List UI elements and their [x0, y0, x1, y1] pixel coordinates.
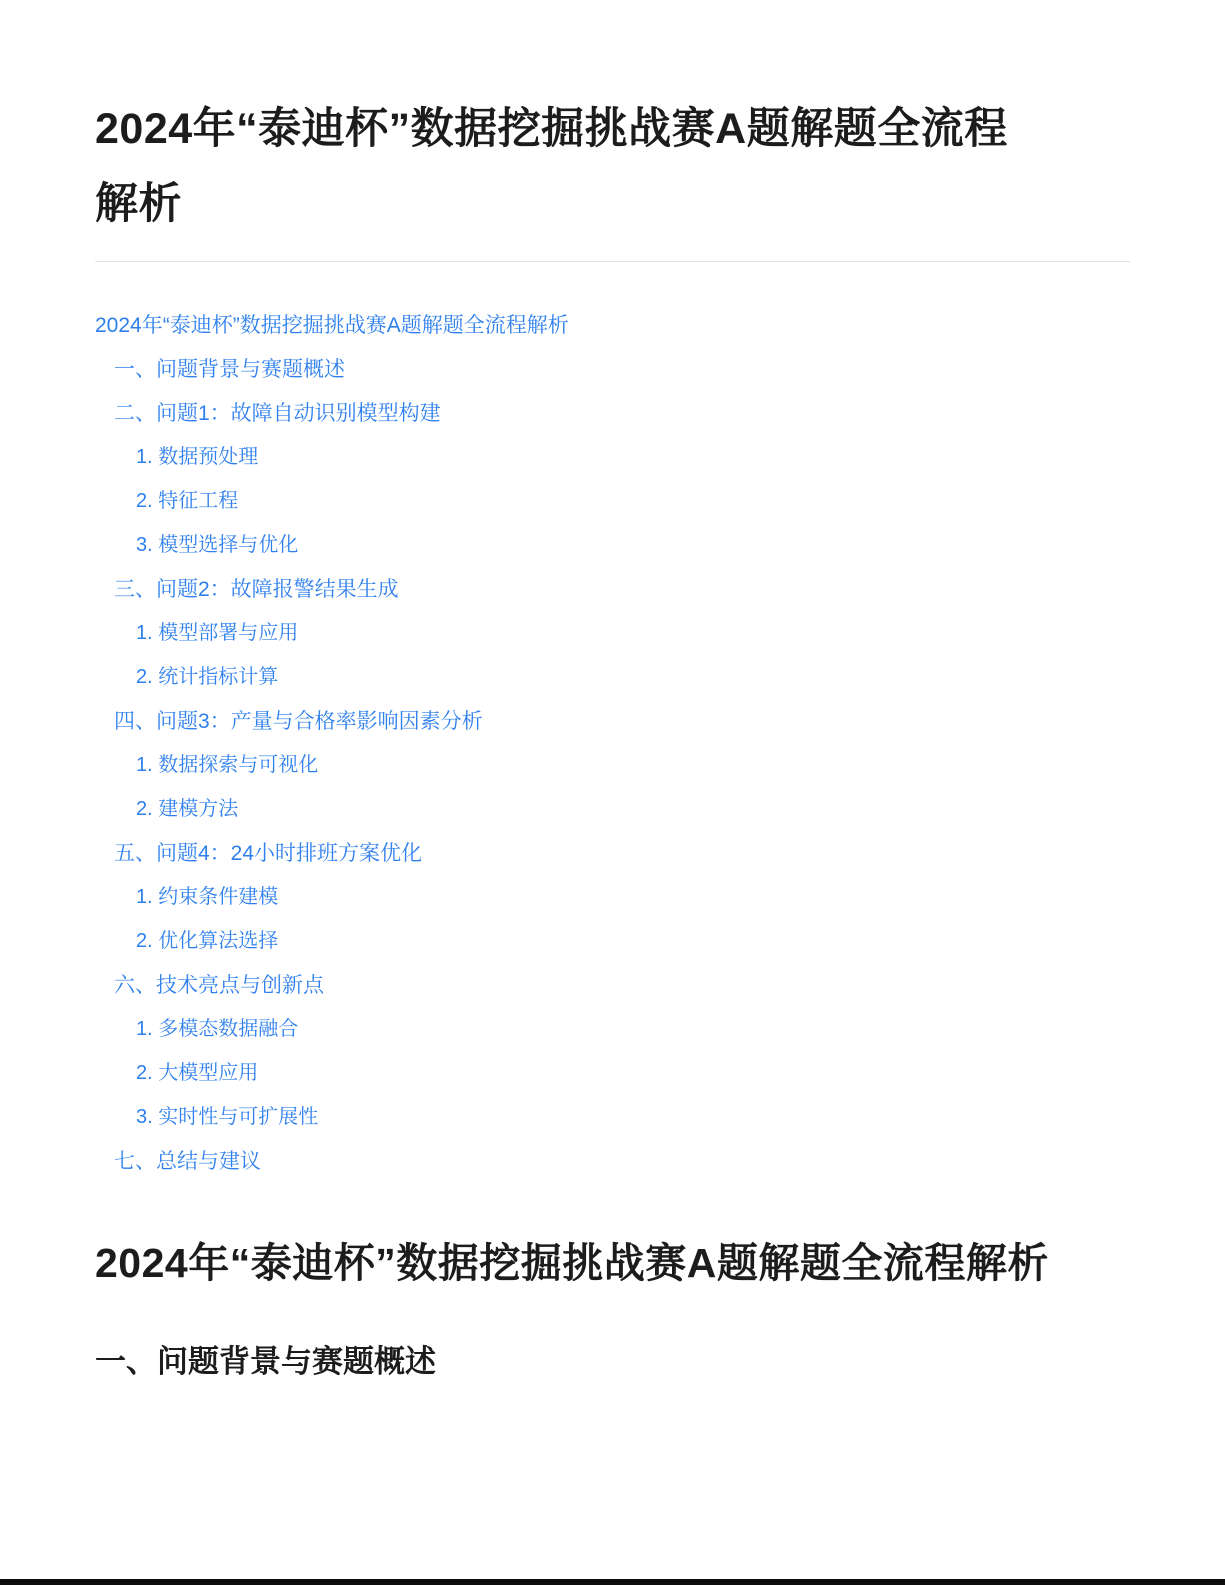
title-divider: [95, 261, 1130, 262]
toc-link[interactable]: 五、问题4：24小时排班方案优化: [95, 840, 1130, 867]
toc-link[interactable]: 2. 优化算法选择: [95, 928, 1130, 955]
article-title: 2024年“泰迪杯”数据挖掘挑战赛A题解题全流程解析: [95, 1237, 1130, 1290]
document-page: 2024年“泰迪杯”数据挖掘挑战赛A题解题全流程解析 2024年“泰迪杯”数据挖…: [0, 92, 1225, 1382]
toc-link[interactable]: 1. 约束条件建模: [95, 884, 1130, 911]
toc-link[interactable]: 1. 模型部署与应用: [95, 620, 1130, 647]
document-title-line1: 2024年“泰迪杯”数据挖掘挑战赛A题解题全流程: [95, 105, 1008, 153]
toc-link[interactable]: 一、问题背景与赛题概述: [95, 356, 1130, 383]
toc-link[interactable]: 2024年“泰迪杯”数据挖掘挑战赛A题解题全流程解析: [95, 312, 1130, 339]
toc-link[interactable]: 七、总结与建议: [95, 1148, 1130, 1175]
bottom-edge-bar: [0, 1579, 1225, 1585]
toc-link[interactable]: 3. 实时性与可扩展性: [95, 1104, 1130, 1131]
toc-link[interactable]: 三、问题2：故障报警结果生成: [95, 576, 1130, 603]
section-heading-background-overview: 一、问题背景与赛题概述: [95, 1342, 1130, 1382]
toc-link[interactable]: 3. 模型选择与优化: [95, 532, 1130, 559]
toc-link[interactable]: 1. 数据预处理: [95, 444, 1130, 471]
table-of-contents: 2024年“泰迪杯”数据挖掘挑战赛A题解题全流程解析一、问题背景与赛题概述二、问…: [95, 312, 1130, 1175]
toc-link[interactable]: 四、问题3：产量与合格率影响因素分析: [95, 708, 1130, 735]
toc-link[interactable]: 二、问题1：故障自动识别模型构建: [95, 400, 1130, 427]
document-title: 2024年“泰迪杯”数据挖掘挑战赛A题解题全流程解析: [95, 92, 1130, 243]
toc-link[interactable]: 2. 大模型应用: [95, 1060, 1130, 1087]
document-title-line2: 解析: [95, 180, 182, 228]
toc-link[interactable]: 2. 特征工程: [95, 488, 1130, 515]
toc-link[interactable]: 1. 多模态数据融合: [95, 1016, 1130, 1043]
toc-link[interactable]: 2. 建模方法: [95, 796, 1130, 823]
toc-link[interactable]: 2. 统计指标计算: [95, 664, 1130, 691]
toc-link[interactable]: 六、技术亮点与创新点: [95, 972, 1130, 999]
toc-link[interactable]: 1. 数据探索与可视化: [95, 752, 1130, 779]
